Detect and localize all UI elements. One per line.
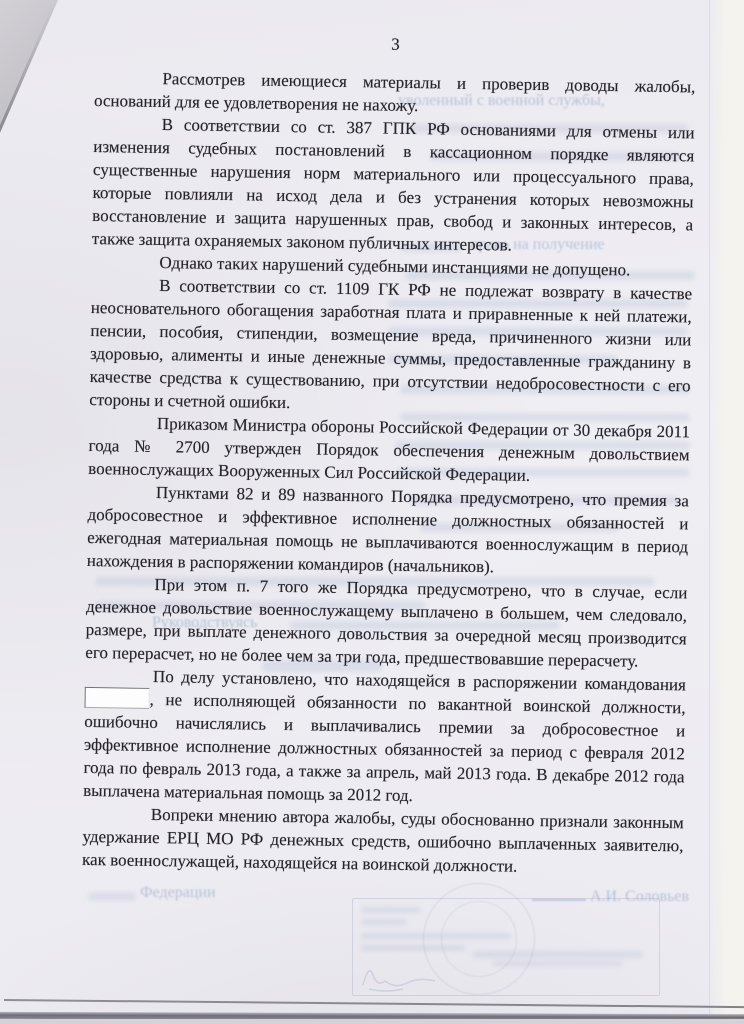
- scanned-document: уволенный с военной службы, право на пол…: [0, 0, 744, 1024]
- redaction-box: [85, 687, 150, 709]
- paragraph-st387: В соответствии со ст. 387 ГПК РФ основан…: [92, 112, 695, 259]
- bleedthrough-text: Федерации: [140, 884, 216, 902]
- stamp-text-line: [361, 919, 407, 925]
- handwriting-mark-icon: [355, 959, 465, 993]
- scanner-bed-bottom: [0, 1019, 744, 1024]
- paragraph-points-82-89: Пунктами 82 и 89 названного Порядка пред…: [87, 480, 689, 581]
- stamp-signature-line: [493, 961, 623, 966]
- page-number: 3: [95, 28, 696, 60]
- paragraph-case-facts: По делу установлено, что находящейся в р…: [83, 664, 686, 811]
- stamp-text-line: [361, 945, 465, 951]
- stamp-text-line: [361, 907, 421, 913]
- paragraph-point-7: При этом п. 7 того же Порядка предусмотр…: [85, 572, 687, 673]
- paragraph-st1109: В соответствии со ст. 1109 ГК РФ не подл…: [89, 273, 692, 420]
- case-facts-after-redaction: , не исполняющей обязанности по вакантно…: [83, 690, 686, 805]
- document-text-block: 3 Рассмотрев имеющиеся материалы и прове…: [0, 0, 744, 881]
- stamp-seal: [352, 898, 660, 996]
- paragraph-conclusion: Вопреки мнению автора жалобы, суды обосн…: [82, 802, 684, 880]
- stamp-text-line: [361, 933, 511, 939]
- stamp-signature-line: [473, 951, 643, 958]
- bleedthrough-stripe: [88, 892, 136, 901]
- paragraph-order-2700: Приказом Министра обороны Российской Фед…: [88, 411, 690, 489]
